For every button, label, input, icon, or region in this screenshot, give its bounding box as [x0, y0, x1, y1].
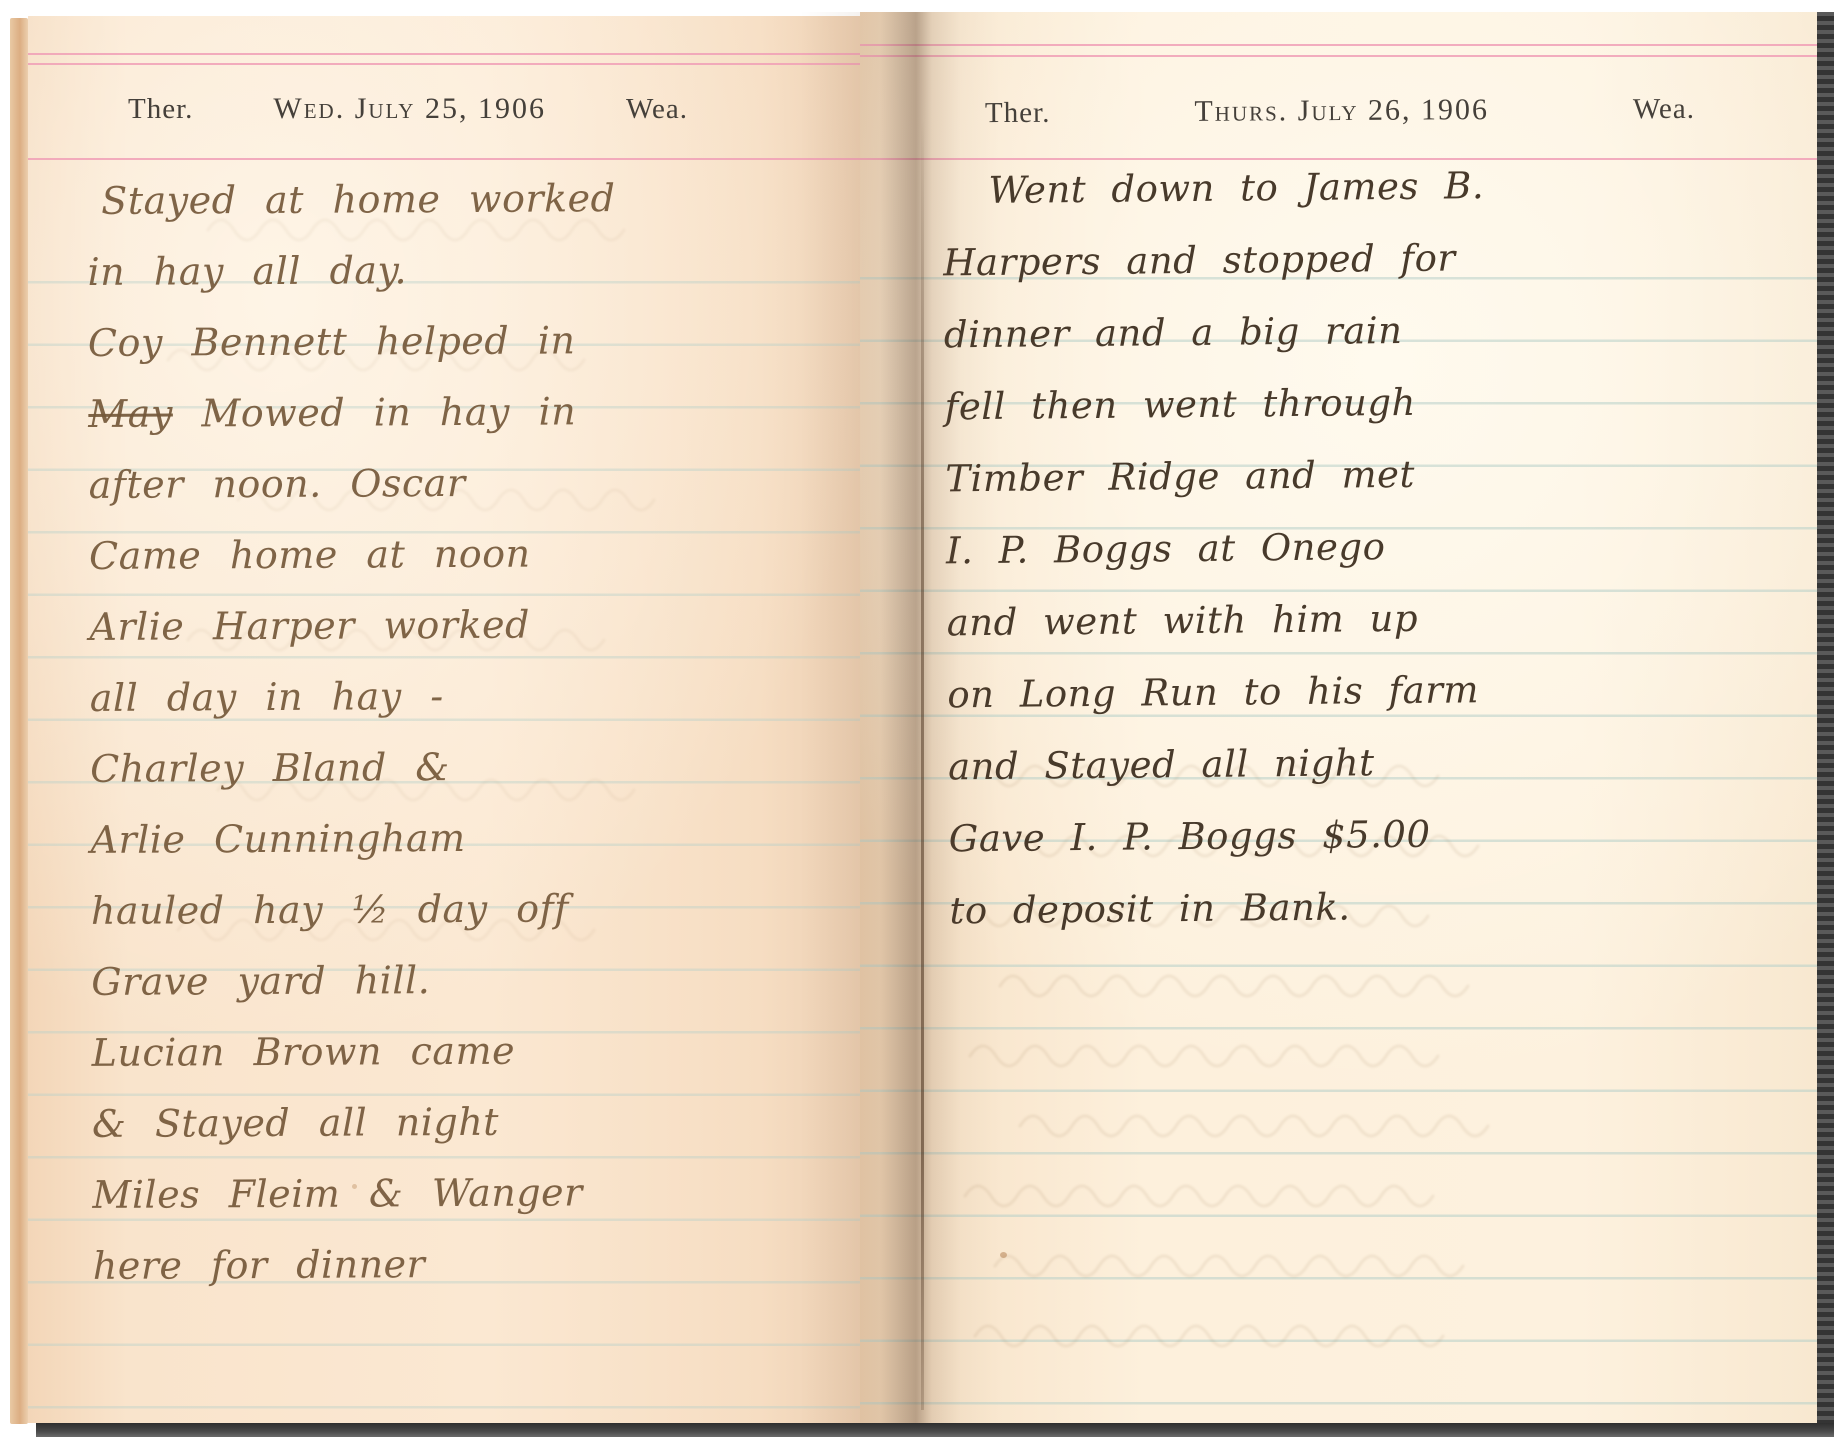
handwriting-line: Gave I. P. Boggs $5.00 — [948, 797, 1649, 876]
top-rule-line — [28, 63, 860, 65]
handwriting-line: Timber Ridge and met — [945, 437, 1646, 516]
book-bottom-edge — [36, 1423, 1834, 1437]
handwriting-line: Harpers and stopped for — [943, 221, 1644, 300]
handwriting-line: hauled hay ½ day off — [91, 872, 831, 947]
top-rule-line — [860, 44, 1817, 46]
handwriting-line: on Long Run to his farm — [947, 653, 1648, 732]
top-rule-line — [28, 53, 860, 55]
handwriting-line: and went with him up — [946, 581, 1647, 660]
handwriting-line: to deposit in Bank. — [949, 869, 1650, 948]
left-page: Ther. Wed. July 25, 1906 Wea. Stayed at … — [28, 16, 860, 1423]
handwriting-line: dinner and a big rain — [944, 293, 1645, 372]
handwriting-line: Miles Fleim & Wanger — [92, 1156, 832, 1231]
right-page: Ther. Thurs. July 26, 1906 Wea. Went dow… — [860, 12, 1817, 1423]
age-spot — [1000, 1252, 1007, 1258]
handwriting-line: & Stayed all night — [92, 1085, 832, 1160]
handwriting-line: Came home at noon — [89, 517, 829, 592]
left-page-date: Wed. July 25, 1906 — [273, 92, 546, 126]
diary-scan: Ther. Wed. July 25, 1906 Wea. Stayed at … — [0, 0, 1834, 1443]
handwriting-line: in hay all day. — [87, 233, 827, 308]
age-spot — [352, 1184, 357, 1189]
book-right-edge — [1817, 12, 1834, 1436]
handwriting-line: Arlie Harper worked — [89, 588, 829, 663]
handwriting-line: Lucian Brown came — [91, 1014, 831, 1089]
right-page-header: Ther. Thurs. July 26, 1906 Wea. — [985, 92, 1695, 130]
handwriting-line: May Mowed in hay in — [88, 375, 828, 450]
header-rule-line — [28, 158, 860, 160]
handwriting-line: Went down to James B. — [942, 149, 1643, 228]
left-page-entry: Stayed at home workedin hay all day.Coy … — [87, 162, 833, 1302]
handwriting-line: all day in hay - — [90, 659, 830, 734]
handwriting-line: here for dinner — [93, 1227, 833, 1302]
handwriting-line: Coy Bennett helped in — [88, 304, 828, 379]
struck-word: May — [88, 391, 173, 435]
ther-label: Ther. — [128, 93, 193, 126]
right-page-date: Thurs. July 26, 1906 — [1194, 93, 1489, 129]
handwriting-line: I. P. Boggs at Onego — [946, 509, 1647, 588]
handwriting-line: after noon. Oscar — [89, 446, 829, 521]
handwriting-line: Charley Bland & — [90, 730, 830, 805]
wea-label: Wea. — [1633, 93, 1695, 126]
handwriting-line: and Stayed all night — [948, 725, 1649, 804]
handwriting-line: Arlie Cunningham — [90, 801, 830, 876]
book-left-page-edge — [10, 18, 28, 1424]
right-page-entry: Went down to James B.Harpers and stopped… — [942, 149, 1650, 948]
book-gutter-fold — [921, 120, 924, 1410]
handwriting-line: Stayed at home worked — [87, 162, 827, 237]
handwriting-line: fell then went through — [944, 365, 1645, 444]
ther-label: Ther. — [985, 97, 1051, 130]
wea-label: Wea. — [626, 93, 688, 126]
left-page-header: Ther. Wed. July 25, 1906 Wea. — [128, 92, 688, 126]
top-rule-line — [860, 55, 1817, 57]
handwriting-line: Grave yard hill. — [91, 943, 831, 1018]
